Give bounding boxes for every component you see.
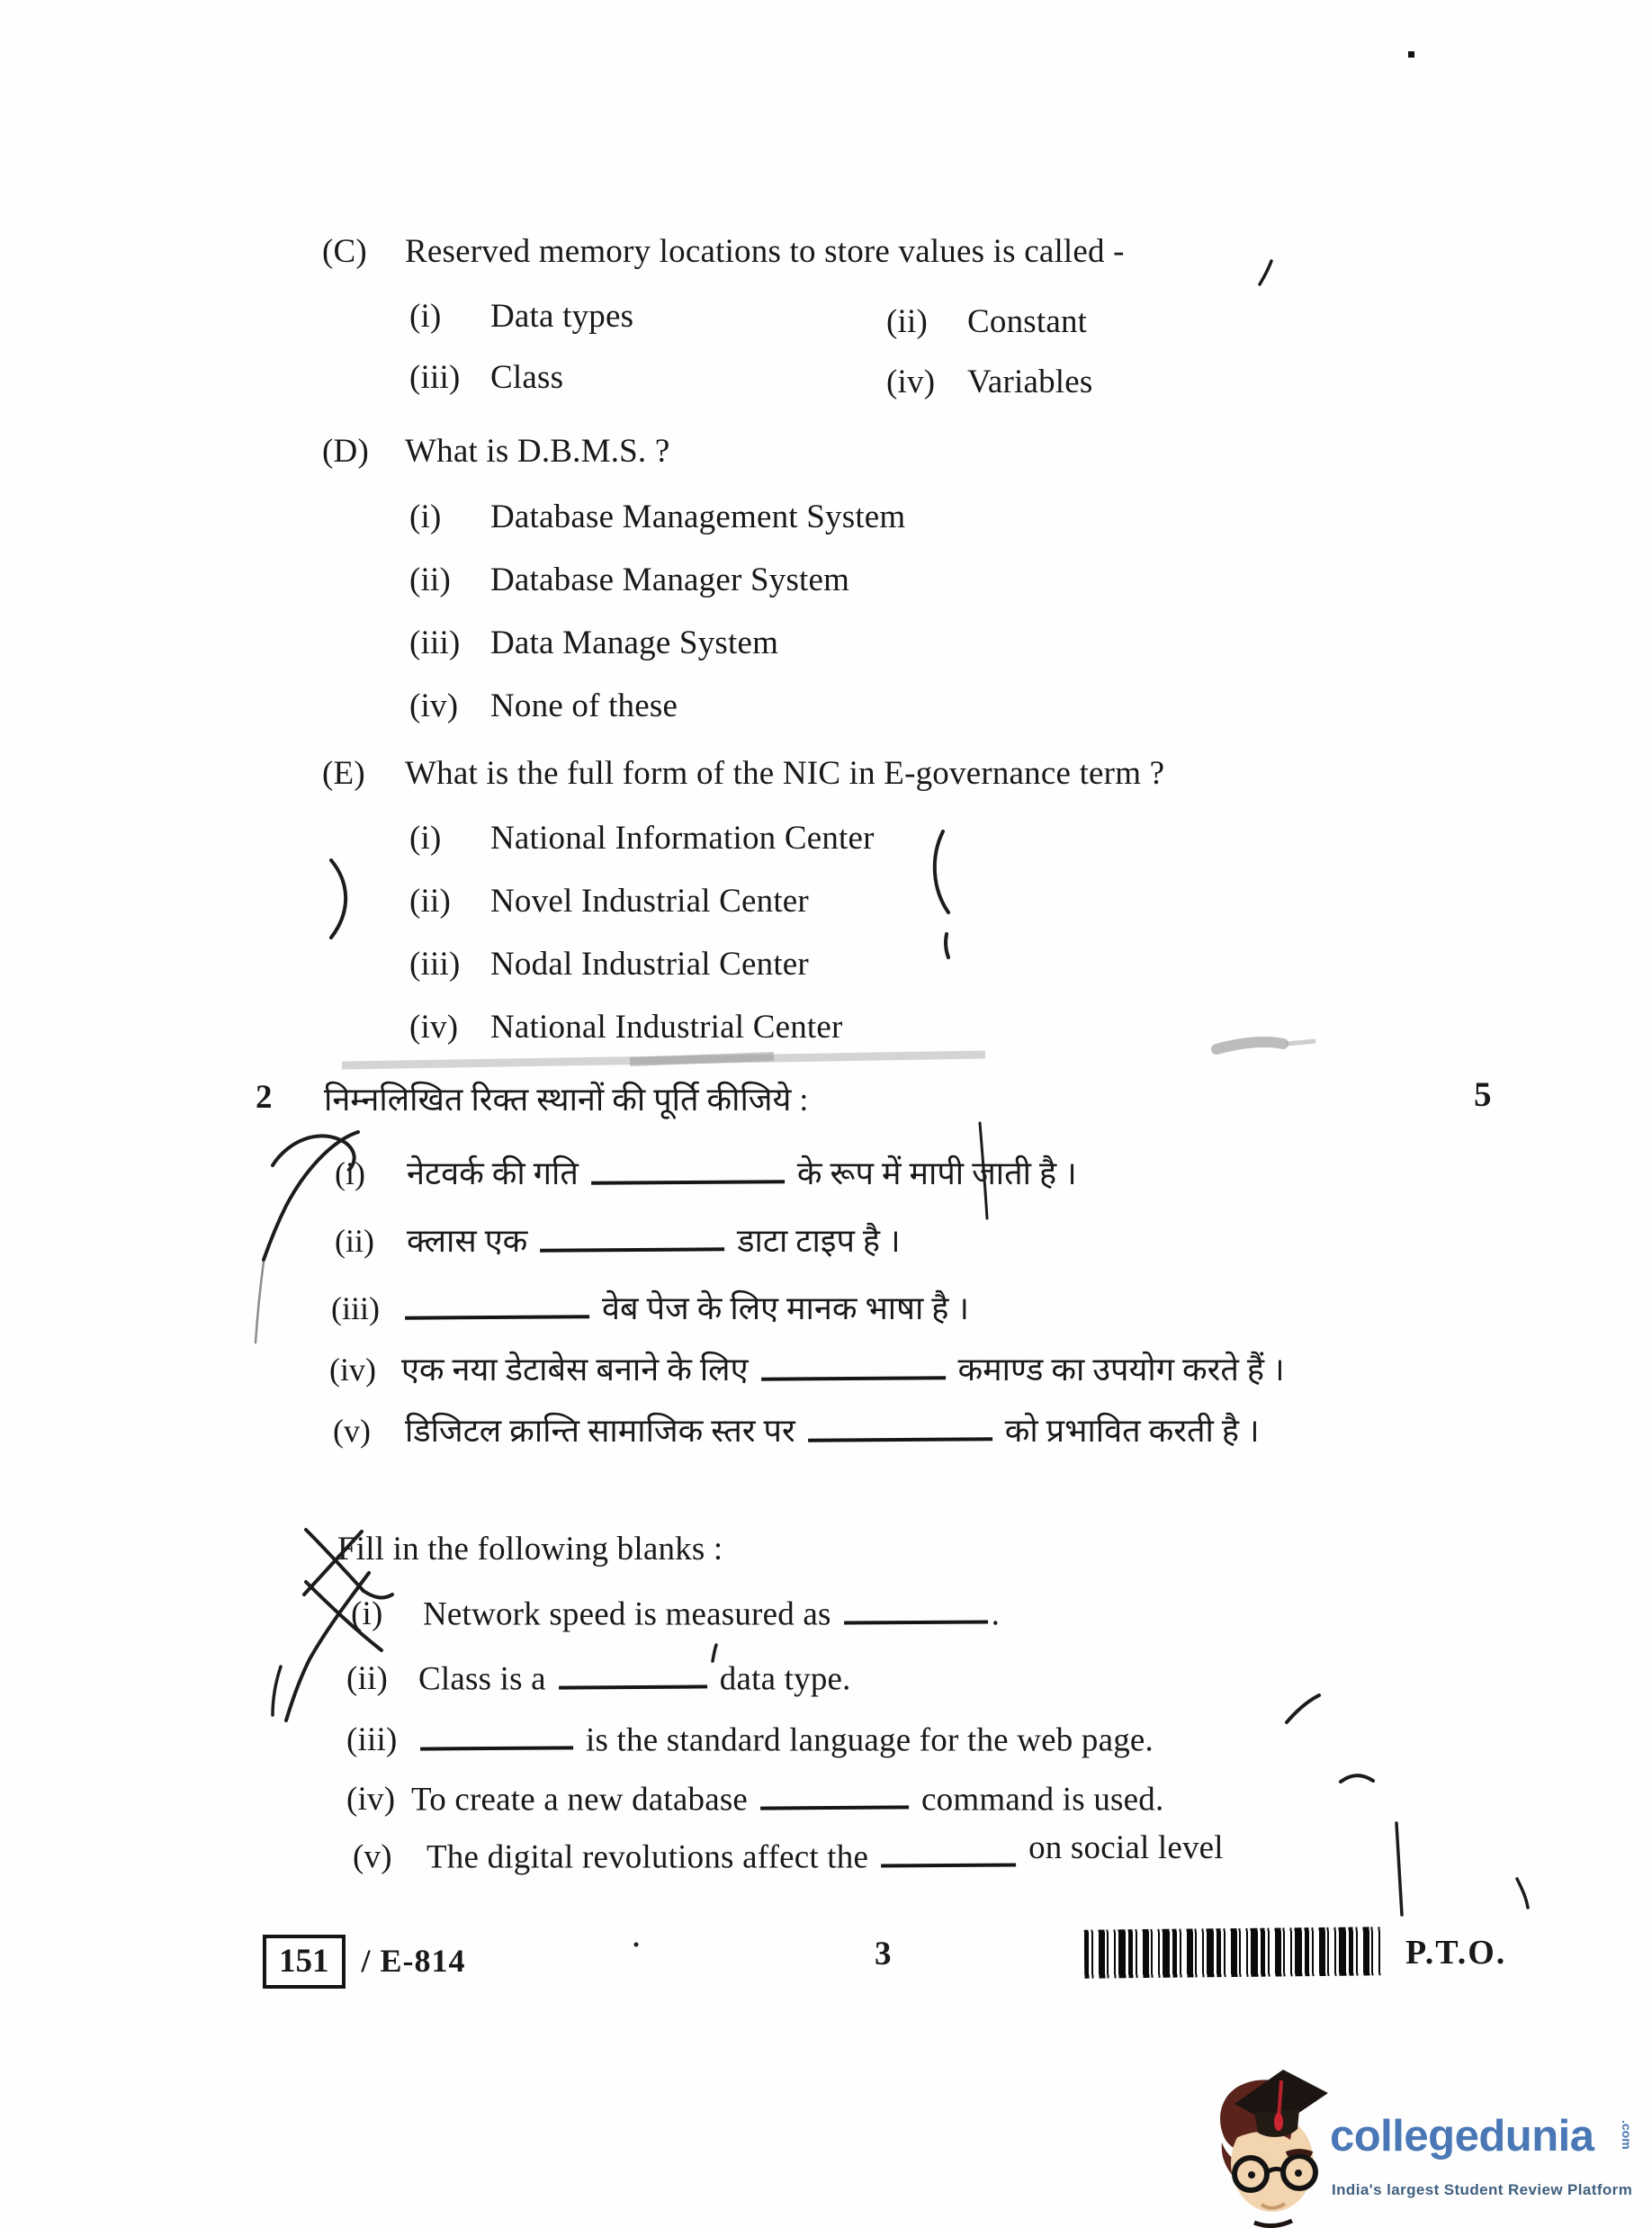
option-text: Data Manage System [490,624,778,662]
fill-blank [808,1410,992,1442]
option-text: National Information Center [490,819,875,858]
question-d: (D)What is D.B.M.S. ? [322,432,669,471]
page-number: 3 [875,1935,892,1973]
option-num: (iv) [886,363,967,401]
fill-blank [881,1835,1016,1867]
question-d-text: What is D.B.M.S. ? [405,433,669,470]
collegedunia-logo-text: collegedunia [1330,2111,1594,2161]
item-num: (iv) [346,1780,411,1819]
scan-speck [634,1943,639,1947]
english-blank-iv: (iv)To create a new databasecommand is u… [346,1778,1163,1819]
option-d-iii: (iii)Data Manage System [409,624,778,662]
option-text: Variables [967,363,1092,401]
pen-mark-left-paren [331,860,346,938]
option-text: Database Manager System [490,561,849,599]
scan-speck [1408,51,1414,58]
item-num: (i) [351,1595,423,1633]
question-2-number: 2 [256,1078,273,1117]
exam-paper-page: (C)Reserved memory locations to store va… [0,0,1652,2228]
item-pre: Class is a [418,1660,546,1697]
option-text: None of these [490,687,678,725]
hindi-blank-i: (i)नेटवर्क की गतिके रूप में मापी जाती है… [335,1150,1077,1194]
option-text: Database Management System [490,498,905,536]
option-num: (iii) [409,358,490,397]
item-post: on social level [1028,1828,1224,1867]
question-c: (C)Reserved memory locations to store va… [322,232,1125,271]
english-blank-ii: (ii)Class is adata type. [346,1658,851,1698]
question-c-text: Reserved memory locations to store value… [405,233,1125,270]
option-c-i: (i)Data types [409,297,633,336]
collegedunia-logo-tld: .com [1620,2120,1634,2150]
option-text: National Industrial Center [490,1008,843,1047]
option-num: (ii) [409,561,490,599]
pto-label: P.T.O. [1405,1933,1506,1972]
fill-blank [843,1592,987,1625]
fill-blank [420,1718,573,1751]
hindi-blank-iii: (iii)वेब पेज के लिए मानक भाषा है । [331,1285,969,1329]
option-d-ii: (ii)Database Manager System [409,561,849,599]
option-text: Class [490,358,563,397]
question-c-label: (C) [322,232,405,271]
item-post: command is used. [921,1781,1163,1818]
question-2-heading-english: Fill in the following blanks : [337,1530,723,1568]
paper-code-suffix: / E-814 [362,1943,466,1979]
item-post: is the standard language for the web pag… [586,1721,1154,1758]
item-pre: To create a new database [411,1781,748,1818]
pen-mark-vline-level [1396,1823,1402,1915]
paper-code-box: 151 [263,1935,346,1989]
item-post: . [992,1595,1000,1632]
pen-mark-after-called [1260,261,1271,284]
item-pre: एक नया डेटाबेस बनाने के लिए [401,1352,749,1388]
item-pre: डिजिटल क्रान्ति सामाजिक स्तर पर [405,1413,795,1449]
pen-mark-tick-page [1287,1695,1319,1722]
mascot-boy-icon [1213,2057,1332,2228]
pen-mark-left-paren-eng [273,1667,281,1715]
option-text: Novel Industrial Center [490,882,809,921]
question-e-text: What is the full form of the NIC in E-go… [405,755,1164,792]
item-pre: The digital revolutions affect the [426,1838,868,1875]
item-pre: क्लास एक [407,1223,527,1259]
pen-mark-x-tail [256,1262,264,1343]
item-num: (ii) [346,1659,418,1698]
option-text: Nodal Industrial Center [490,945,809,984]
english-blank-v: (v)The digital revolutions affect theon … [353,1836,1224,1876]
fill-blank [591,1153,785,1185]
item-post: data type. [720,1660,851,1697]
item-post: कमाण्ड का उपयोग करते हैं । [958,1352,1285,1388]
fill-blank [405,1288,589,1320]
option-d-iv: (iv)None of these [409,687,678,725]
fill-blank [760,1777,909,1810]
item-num: (iv) [329,1351,401,1388]
item-num: (iii) [331,1289,403,1327]
hindi-blank-v: (v)डिजिटल क्रान्ति सामाजिक स्तर परको प्र… [333,1407,1260,1451]
hindi-blank-iv: (iv)एक नया डेटाबेस बनाने के लिएकमाण्ड का… [329,1346,1285,1390]
item-num: (iii) [346,1720,418,1759]
option-e-ii: (ii)Novel Industrial Center [409,882,809,921]
option-num: (iii) [409,624,490,662]
scan-smudge [1217,1042,1283,1049]
item-num: (v) [333,1412,405,1450]
option-num: (ii) [409,882,490,921]
item-post: वेब पेज के लिए मानक भाषा है । [602,1290,969,1326]
item-post: के रूप में मापी जाती है । [797,1155,1077,1191]
option-num: (iii) [409,945,490,984]
option-text: Data types [490,297,633,336]
option-c-iii: (iii)Class [409,358,563,397]
option-c-ii: (ii)Constant [886,302,1087,341]
item-num: (ii) [335,1222,407,1260]
pen-mark-right-paren-tail [946,934,948,957]
item-pre: नेटवर्क की गति [407,1155,579,1191]
paper-code: 151 / E-814 [263,1935,466,1989]
question-e-label: (E) [322,754,405,793]
english-blank-iii: (iii)is the standard language for the we… [346,1719,1154,1759]
item-post: डाटा टाइप है । [737,1223,900,1259]
option-text: Constant [967,302,1087,341]
option-num: (ii) [886,302,967,341]
hindi-blank-ii: (ii)क्लास एकडाटा टाइप है । [335,1217,901,1262]
option-d-i: (i)Database Management System [409,498,905,536]
pen-mark-caret-used [1341,1775,1373,1782]
scan-smudge [1287,1041,1315,1044]
option-num: (iv) [409,687,490,725]
option-e-iii: (iii)Nodal Industrial Center [409,945,809,984]
fill-blank [540,1220,724,1253]
option-e-iv: (iv)National Industrial Center [409,1008,843,1047]
item-num: (v) [353,1837,426,1876]
question-d-label: (D) [322,432,405,471]
collegedunia-mascot [1213,2057,1332,2228]
option-e-i: (i)National Information Center [409,819,875,858]
item-num: (i) [335,1154,407,1192]
scan-smudge [342,1055,985,1065]
pen-mark-right-paren [935,831,948,912]
option-c-iv: (iv)Variables [886,363,1092,401]
question-2-heading-hindi: निम्नलिखित रिक्त स्थानों की पूर्ति कीजिय… [324,1076,808,1120]
item-post: को प्रभावित करती है । [1005,1413,1260,1449]
item-pre: Network speed is measured as [423,1595,831,1632]
question-e: (E)What is the full form of the NIC in E… [322,754,1164,793]
fill-blank [559,1657,707,1690]
scan-smudge [630,1056,774,1062]
collegedunia-tagline: India's largest Student Review Platform [1332,2181,1632,2199]
pen-mark-tick-pto [1517,1879,1528,1908]
barcode [1084,1927,1382,1978]
question-2-marks: 5 [1474,1074,1492,1115]
fill-blank [760,1349,945,1381]
english-blank-i: (i)Network speed is measured as. [351,1593,1000,1633]
pen-marks-overlay [0,0,1652,2228]
option-num: (i) [409,498,490,536]
option-num: (i) [409,819,490,858]
option-num: (iv) [409,1008,490,1047]
option-num: (i) [409,297,490,336]
